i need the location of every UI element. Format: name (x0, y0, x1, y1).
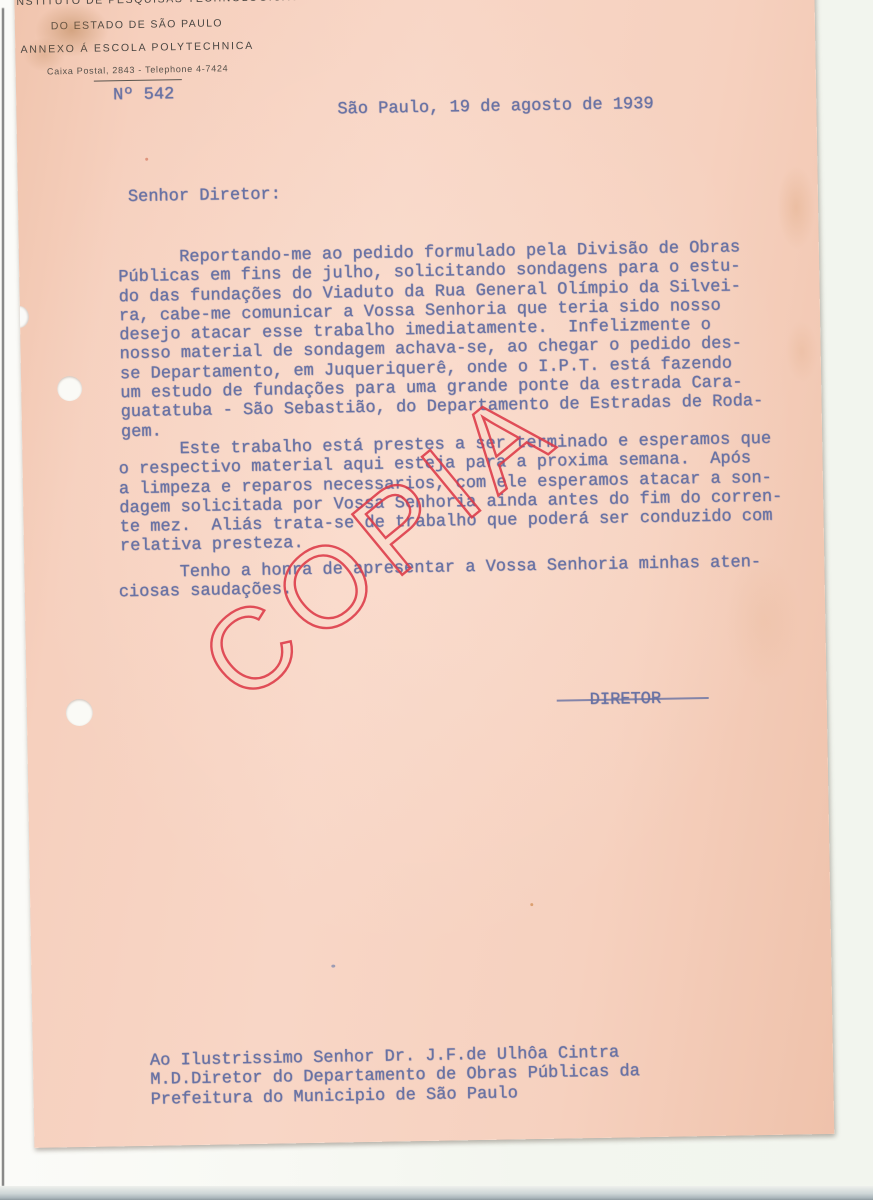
letterhead: NSTITUTO DE PESQUISAS TECHNOLOGICAS DO E… (16, 0, 257, 83)
signature-title: DIRETOR (590, 690, 662, 711)
letter-page: NSTITUTO DE PESQUISAS TECHNOLOGICAS DO E… (14, 0, 834, 1148)
salutation: Senhor Diretor: (128, 185, 281, 207)
hole-punch-top (57, 376, 82, 401)
ink-speck (530, 903, 533, 906)
paper-stain (776, 165, 815, 250)
document-number: Nº 542 (113, 85, 175, 105)
body-paragraph-1: Reportando-me ao pedido formulado pela D… (118, 238, 764, 442)
letterhead-rule (94, 79, 182, 82)
letterhead-state-line: DO ESTADO DE SÃO PAULO (17, 17, 257, 33)
paper-stain (785, 320, 818, 383)
edge-notch (14, 306, 29, 328)
letterhead-institution-name: NSTITUTO DE PESQUISAS TECHNOLOGICAS (16, 0, 256, 8)
scanner-bottom-band (0, 1186, 873, 1200)
letterhead-annex-line: ANNEXO Á ESCOLA POLYTECHNICA (17, 40, 257, 56)
ink-speck (331, 965, 335, 968)
ink-speck (145, 158, 148, 161)
letterhead-contact-line: Caixa Postal, 2843 - Telephone 4-7424 (18, 63, 258, 77)
recipient-address-block: Ao Ilustrissimo Senhor Dr. J.F.de Ulhôa … (150, 1043, 641, 1109)
hole-punch-bottom (66, 699, 93, 726)
body-paragraph-3: Tenho a honra de apresentar a Vossa Senh… (118, 553, 761, 603)
dateline: São Paulo, 19 de agosto de 1939 (337, 95, 654, 120)
body-paragraph-2: Este trabalho está prestes a ser termina… (118, 430, 783, 557)
scanner-edge-line (2, 8, 4, 1186)
